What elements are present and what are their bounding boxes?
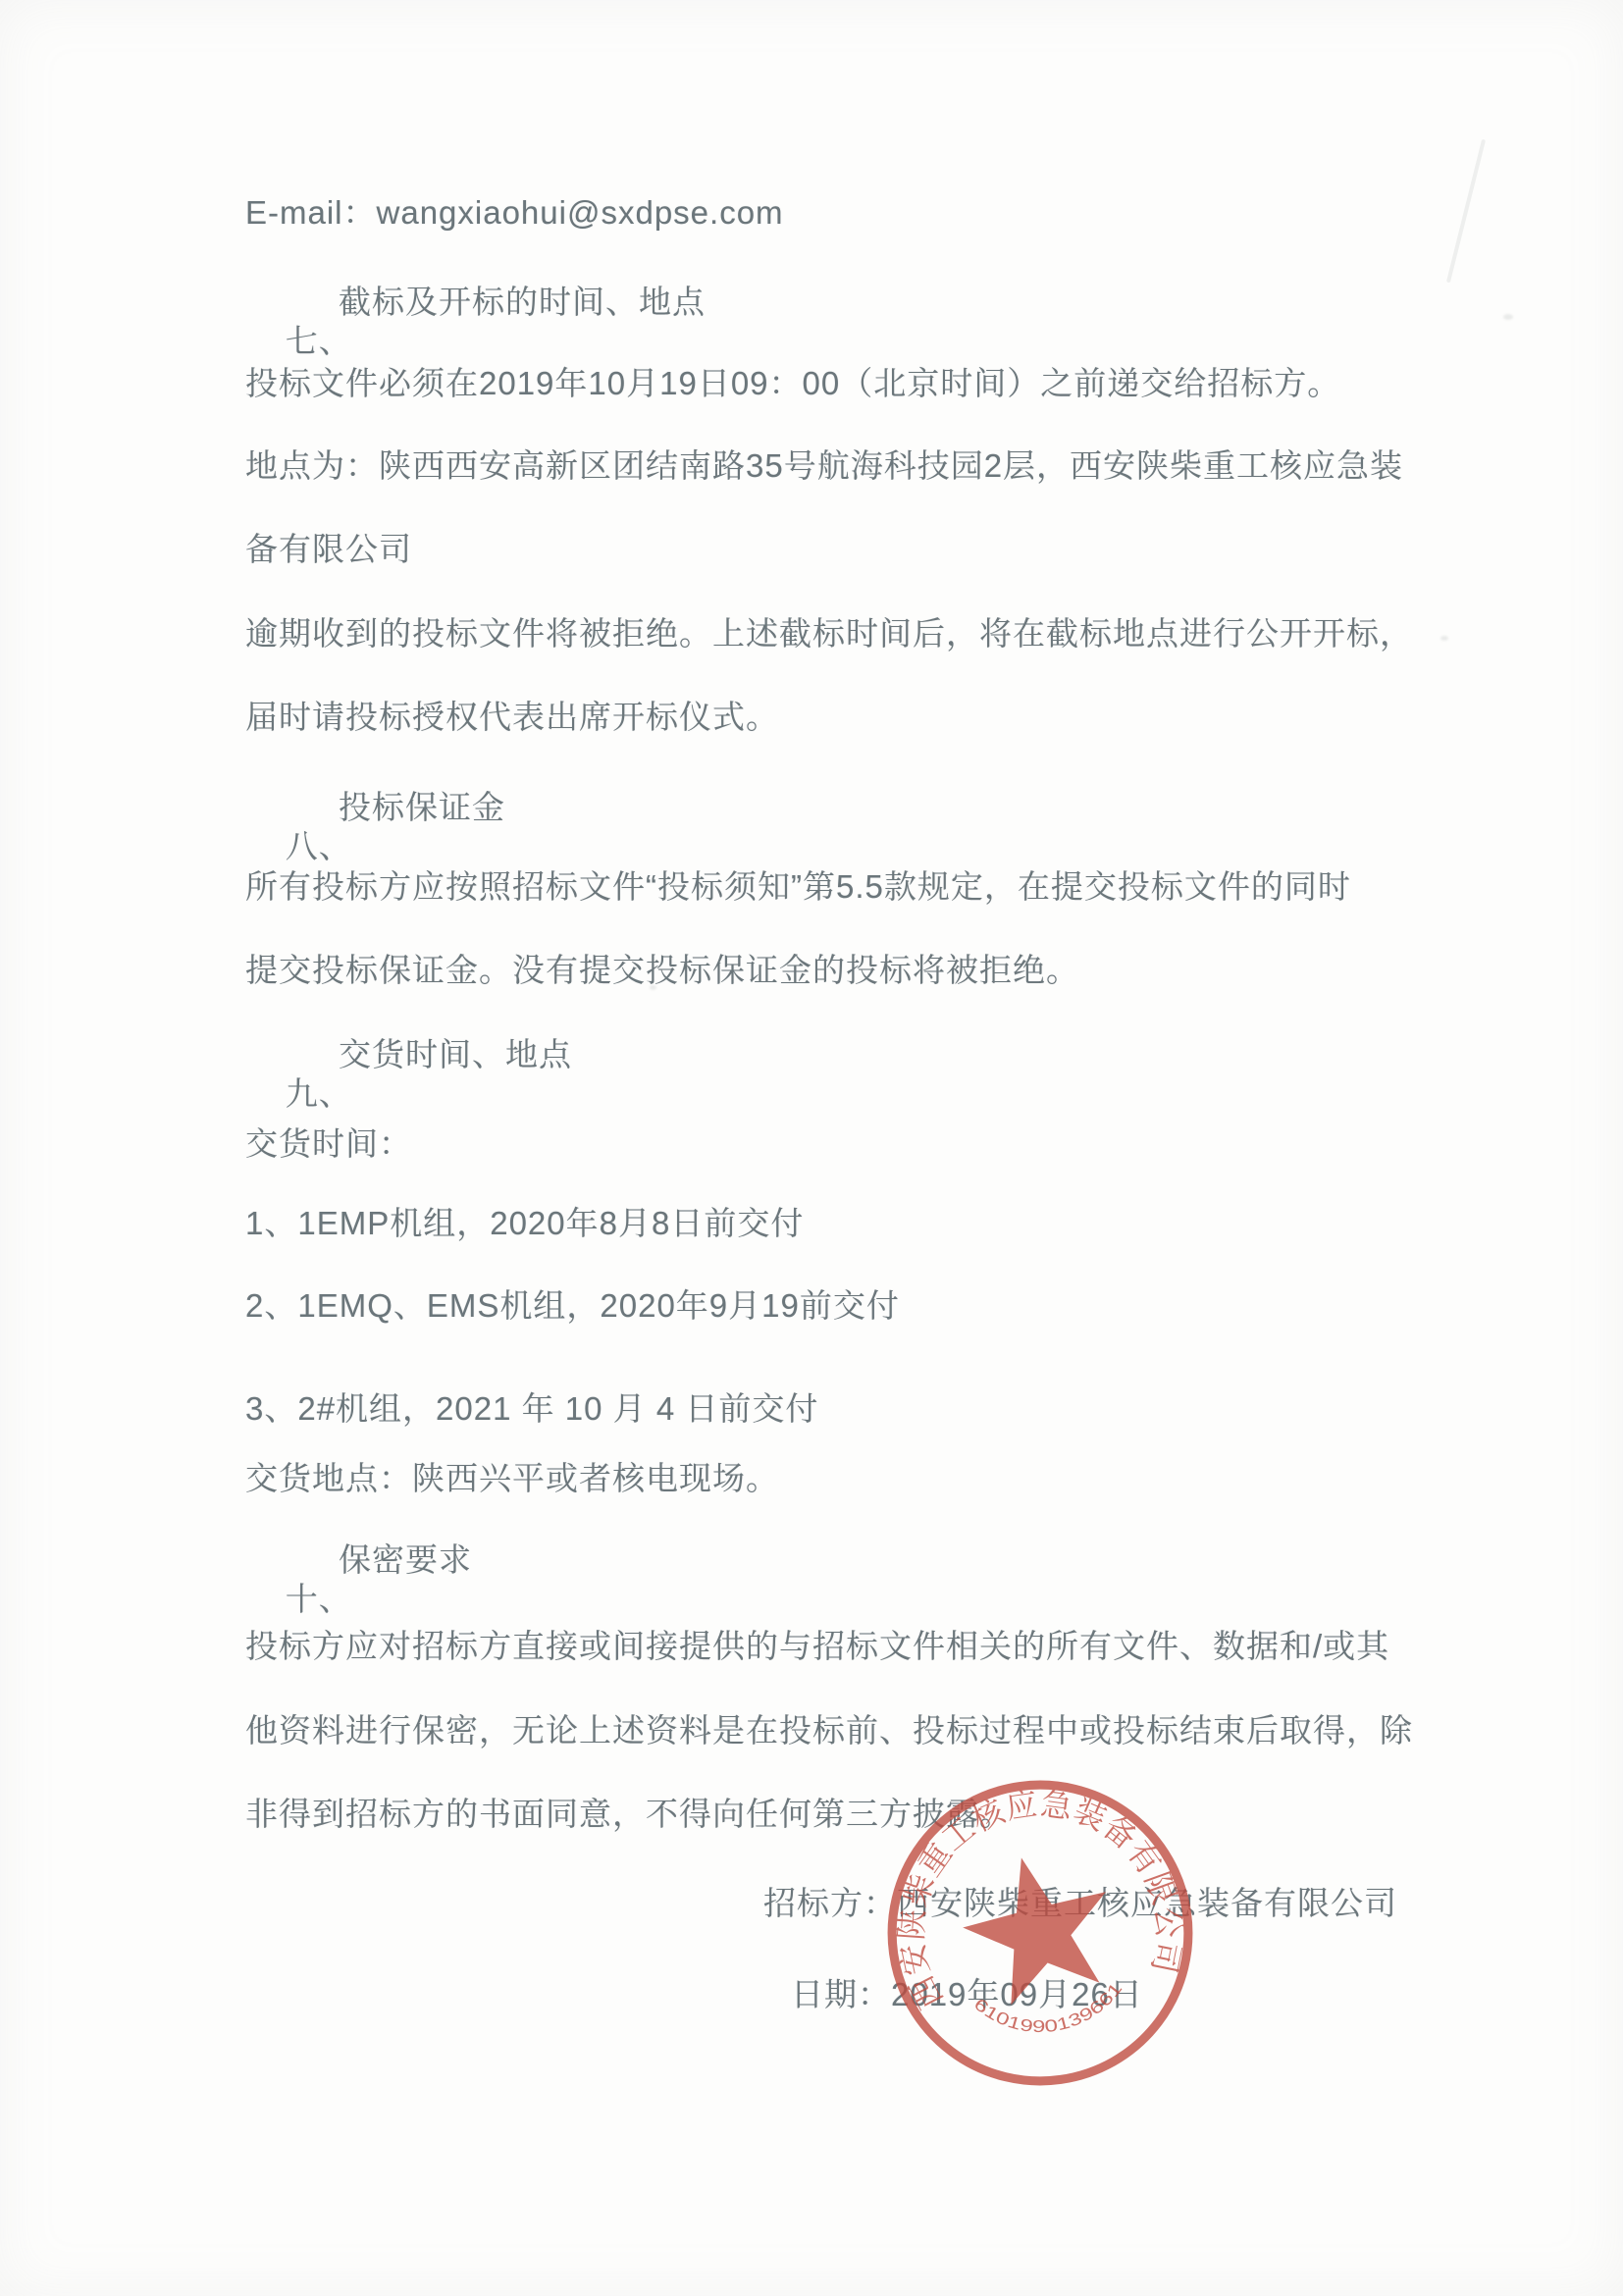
company-seal-stamp: 西安陕柴重工核应急装备有限公司 6101990139661	[881, 1774, 1199, 2092]
section-7-title: 截标及开标的时间、地点	[339, 283, 706, 322]
section-7-number: 七、	[286, 323, 352, 359]
email-line: E-mail：wangxiaohui@sxdpse.com	[245, 193, 784, 233]
section-10-number: 十、	[286, 1581, 352, 1617]
paragraph-confidentiality-2: 他资料进行保密，无论上述资料是在投标前、投标过程中或投标结束后取得，除	[245, 1711, 1413, 1750]
paragraph-address-2: 备有限公司	[245, 530, 412, 569]
seal-star-icon	[950, 1840, 1126, 2011]
scanned-tender-document-page: E-mail：wangxiaohui@sxdpse.com 七、 截标及开标的时…	[0, 0, 1623, 2296]
section-10-title: 保密要求	[339, 1540, 472, 1580]
section-7-heading: 七、 截标及开标的时间、地点	[245, 283, 352, 438]
list-item-delivery-3: 3、2#机组，2021 年 10 月 4 日前交付	[245, 1389, 818, 1429]
section-10-heading: 十、 保密要求	[245, 1540, 352, 1696]
list-item-delivery-2: 2、1EMQ、EMS机组，2020年9月19前交付	[245, 1286, 900, 1326]
list-item-delivery-1: 1、1EMP机组，2020年8月8日前交付	[245, 1204, 804, 1243]
paragraph-late-bids-2: 届时请投标授权代表出席开标仪式。	[245, 698, 779, 737]
paragraph-address-1: 地点为：陕西西安高新区团结南路35号航海科技园2层，西安陕柴重工核应急装	[245, 446, 1403, 486]
section-9-title: 交货时间、地点	[339, 1035, 572, 1074]
section-8-number: 八、	[286, 828, 352, 864]
section-9-heading: 九、 交货时间、地点	[245, 1035, 352, 1190]
scan-speck-artifact	[1440, 636, 1448, 641]
paragraph-delivery-place: 交货地点：陕西兴平或者核电现场。	[245, 1459, 779, 1498]
scan-speck-artifact	[1503, 314, 1513, 320]
seal-code-number: 6101990139661	[969, 1974, 1130, 2047]
scan-speck-artifact	[650, 985, 656, 990]
paragraph-confidentiality-1: 投标方应对招标方直接或间接提供的与招标文件相关的所有文件、数据和/或其	[245, 1627, 1389, 1666]
section-8-title: 投标保证金	[339, 788, 505, 827]
scan-streak-artifact	[1446, 139, 1486, 284]
paragraph-delivery-time-label: 交货时间：	[245, 1124, 412, 1164]
paragraph-late-bids-1: 逾期收到的投标文件将被拒绝。上述截标时间后，将在截标地点进行公开开标，	[245, 614, 1413, 653]
paragraph-bond-1: 所有投标方应按照招标文件“投标须知”第5.5款规定，在提交投标文件的同时	[245, 867, 1351, 907]
section-9-number: 九、	[286, 1075, 352, 1112]
paragraph-bond-2: 提交投标保证金。没有提交投标保证金的投标将被拒绝。	[245, 951, 1079, 990]
paragraph-deadline: 投标文件必须在2019年10月19日09：00（北京时间）之前递交给招标方。	[245, 364, 1340, 403]
section-8-heading: 八、 投标保证金	[245, 788, 352, 943]
